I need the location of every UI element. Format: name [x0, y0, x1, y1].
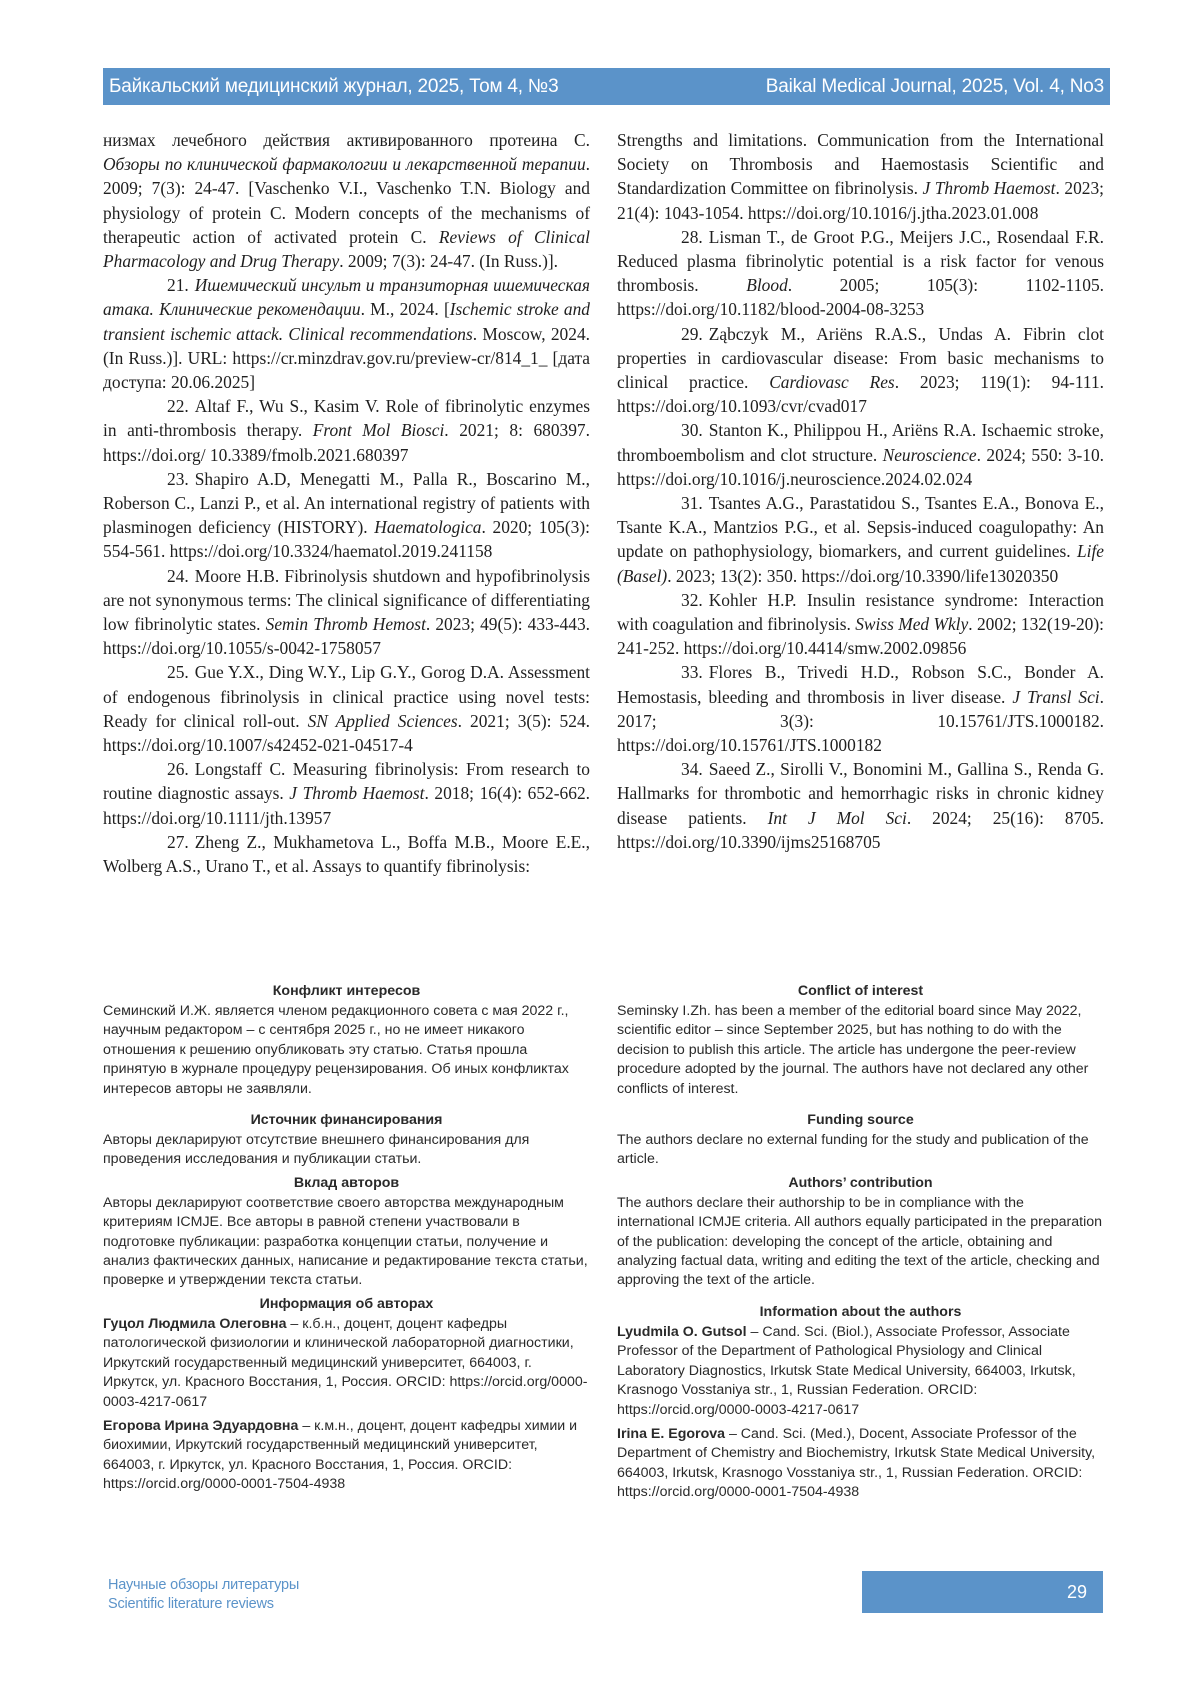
- reference-33: 33.Flores B., Trivedi H.D., Robson S.C.,…: [617, 660, 1104, 757]
- author-1-name-ru: Гуцол Людмила Олеговна: [103, 1316, 286, 1332]
- authors-heading-ru: Информация об авторах: [103, 1295, 590, 1314]
- article-info-ru: Конфликт интересов Семинский И.Ж. являет…: [103, 982, 590, 1495]
- reference-20-continuation: низмах лечебного действия активированног…: [103, 128, 590, 273]
- reference-25: 25.Gue Y.X., Ding W.Y., Lip G.Y., Gorog …: [103, 660, 590, 757]
- reference-31-doi[interactable]: . 2023; 13(2): 350. https://doi.org/10.3…: [667, 566, 1058, 586]
- journal-header-bar: Байкальский медицинский журнал, 2025, То…: [103, 68, 1110, 105]
- reference-23: 23.Shapiro A.D, Menegatti M., Palla R., …: [103, 467, 590, 564]
- funding-heading-ru: Источник финансирования: [103, 1111, 590, 1130]
- contribution-text-ru: Авторы декларируют соответствие своего а…: [103, 1194, 590, 1291]
- article-info-en: Conflict of interest Seminsky I.Zh. has …: [617, 982, 1104, 1503]
- contribution-heading-ru: Вклад авторов: [103, 1174, 590, 1193]
- references-left-column: низмах лечебного действия активированног…: [103, 128, 590, 878]
- reference-22: 22.Altaf F., Wu S., Kasim V. Role of fib…: [103, 394, 590, 467]
- reference-31: 31.Tsantes A.G., Parastatidou S., Tsante…: [617, 491, 1104, 588]
- conflict-heading-ru: Конфликт интересов: [103, 982, 590, 1001]
- reference-24: 24.Moore H.B. Fibrinolysis shutdown and …: [103, 564, 590, 661]
- author-1-name-en: Lyudmila O. Gutsol: [617, 1324, 747, 1340]
- reference-26: 26.Longstaff C. Measuring fibrinolysis: …: [103, 757, 590, 830]
- author-2-ru: Егорова Ирина Эдуардовна – к.м.н., доцен…: [103, 1417, 590, 1495]
- authors-heading-en: Information about the authors: [617, 1303, 1104, 1322]
- footer-section-label: Научные обзоры литературы Scientific lit…: [108, 1576, 299, 1614]
- reference-30: 30.Stanton K., Philippou H., Ariëns R.A.…: [617, 418, 1104, 491]
- funding-text-en: The authors declare no external funding …: [617, 1131, 1104, 1170]
- reference-32: 32.Kohler H.P. Insulin resistance syndro…: [617, 588, 1104, 661]
- contribution-text-en: The authors declare their authorship to …: [617, 1194, 1104, 1291]
- footer-section-en: Scientific literature reviews: [108, 1595, 299, 1614]
- conflict-text-en: Seminsky I.Zh. has been a member of the …: [617, 1002, 1104, 1099]
- author-1-en: Lyudmila O. Gutsol – Cand. Sci. (Biol.),…: [617, 1323, 1104, 1420]
- author-2-name-en: Irina E. Egorova: [617, 1426, 725, 1442]
- reference-21: 21.Ишемический инсульт и транзиторная иш…: [103, 273, 590, 394]
- conflict-text-ru: Семинский И.Ж. является членом редакцион…: [103, 1002, 590, 1099]
- reference-27: 27.Zheng Z., Mukhametova L., Boffa M.B.,…: [103, 830, 590, 878]
- page-number-box: 29: [862, 1571, 1103, 1613]
- references-right-column: Strengths and limitations. Communication…: [617, 128, 1104, 854]
- author-2-en: Irina E. Egorova – Cand. Sci. (Med.), Do…: [617, 1425, 1104, 1503]
- author-2-name-ru: Егорова Ирина Эдуардовна: [103, 1418, 298, 1434]
- funding-heading-en: Funding source: [617, 1111, 1104, 1130]
- conflict-heading-en: Conflict of interest: [617, 982, 1104, 1001]
- reference-28: 28.Lisman T., de Groot P.G., Meijers J.C…: [617, 225, 1104, 322]
- reference-27-continuation: Strengths and limitations. Communication…: [617, 128, 1104, 225]
- reference-29: 29.Ząbczyk M., Ariëns R.A.S., Undas A. F…: [617, 322, 1104, 419]
- reference-34: 34.Saeed Z., Sirolli V., Bonomini M., Ga…: [617, 757, 1104, 854]
- author-1-ru: Гуцол Людмила Олеговна – к.б.н., доцент,…: [103, 1315, 590, 1412]
- journal-title-ru: Байкальский медицинский журнал, 2025, То…: [109, 76, 558, 98]
- contribution-heading-en: Authors’ contribution: [617, 1174, 1104, 1193]
- footer-section-ru: Научные обзоры литературы: [108, 1576, 299, 1595]
- journal-title-en: Baikal Medical Journal, 2025, Vol. 4, No…: [766, 76, 1104, 98]
- funding-text-ru: Авторы декларируют отсутствие внешнего ф…: [103, 1131, 590, 1170]
- page-number: 29: [1067, 1582, 1087, 1603]
